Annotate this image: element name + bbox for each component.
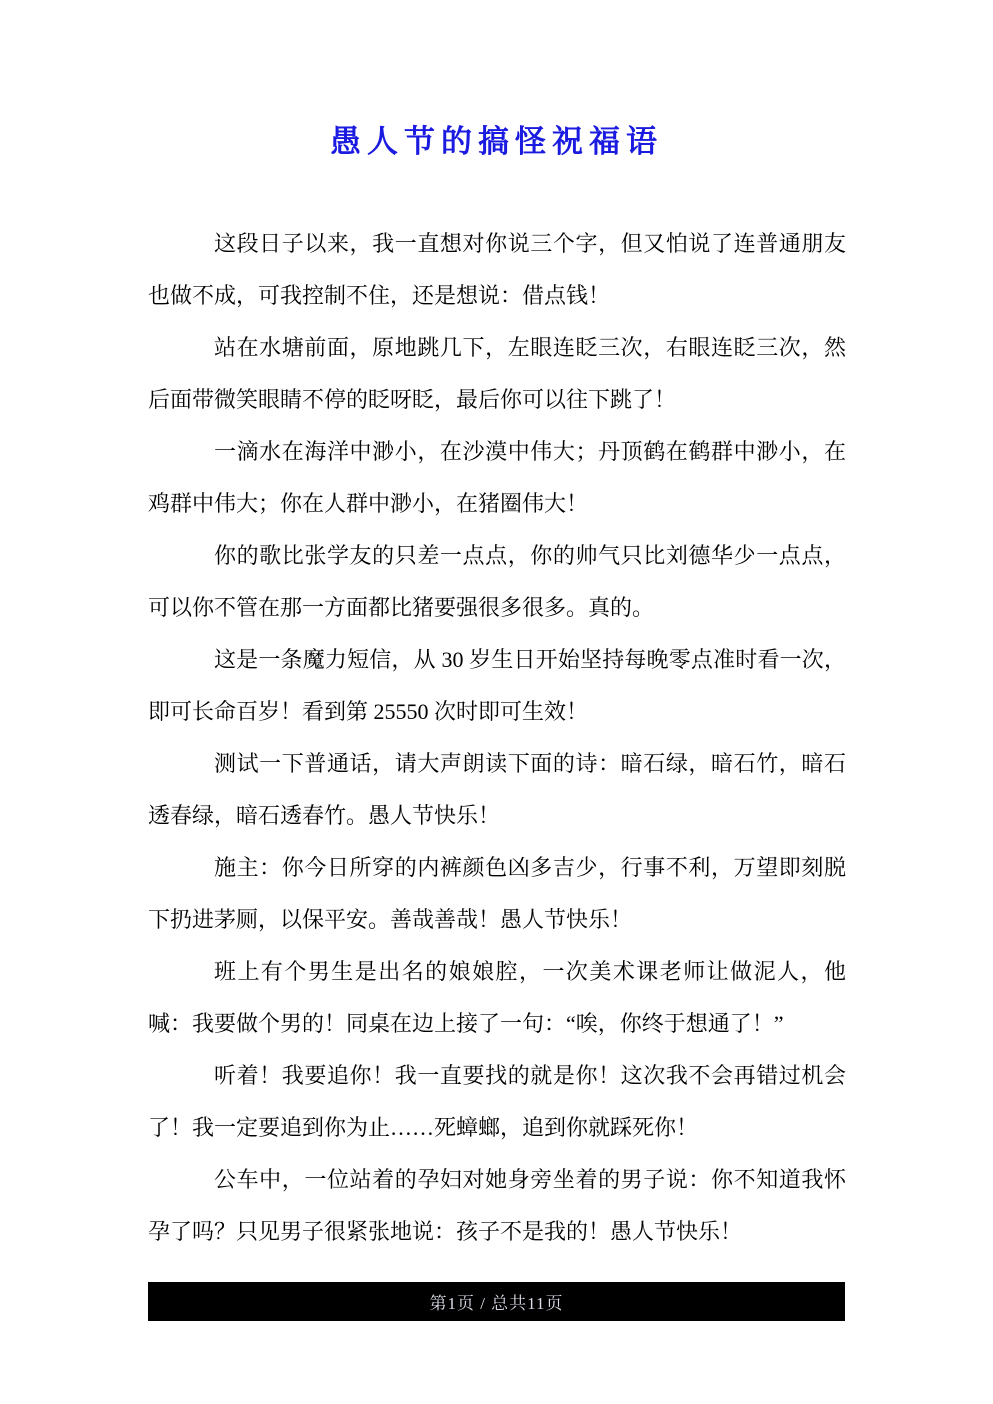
paragraph: 站在水塘前面，原地跳几下，左眼连眨三次，右眼连眨三次，然后面带微笑眼睛不停的眨呀… [148,322,846,426]
document-page: 愚人节的搞怪祝福语 这段日子以来，我一直想对你说三个字，但又怕说了连普通朋友也做… [0,0,993,1404]
paragraph: 这段日子以来，我一直想对你说三个字，但又怕说了连普通朋友也做不成，可我控制不住，… [148,218,846,322]
paragraph: 这是一条魔力短信，从 30 岁生日开始坚持每晚零点准时看一次，即可长命百岁！看到… [148,634,846,738]
page-number-label: 第1页 / 总共11页 [429,1289,563,1314]
paragraph: 班上有个男生是出名的娘娘腔，一次美术课老师让做泥人，他喊：我要做个男的！同桌在边… [148,946,846,1050]
paragraph: 测试一下普通话，请大声朗读下面的诗：暗石绿，暗石竹，暗石透春绿，暗石透春竹。愚人… [148,738,846,842]
paragraph: 听着！我要追你！我一直要找的就是你！这次我不会再错过机会了！我一定要追到你为止…… [148,1050,846,1154]
paragraph: 公车中，一位站着的孕妇对她身旁坐着的男子说：你不知道我怀孕了吗？只见男子很紧张地… [148,1154,846,1258]
footer-page-bar: 第1页 / 总共11页 [148,1282,845,1321]
paragraph: 施主：你今日所穿的内裤颜色凶多吉少，行事不利，万望即刻脱下扔进茅厕，以保平安。善… [148,842,846,946]
paragraph: 一滴水在海洋中渺小，在沙漠中伟大；丹顶鹤在鹤群中渺小，在鸡群中伟大；你在人群中渺… [148,426,846,530]
page-title: 愚人节的搞怪祝福语 [0,124,993,160]
document-body: 这段日子以来，我一直想对你说三个字，但又怕说了连普通朋友也做不成，可我控制不住，… [148,218,846,1258]
paragraph: 你的歌比张学友的只差一点点，你的帅气只比刘德华少一点点，可以你不管在那一方面都比… [148,530,846,634]
